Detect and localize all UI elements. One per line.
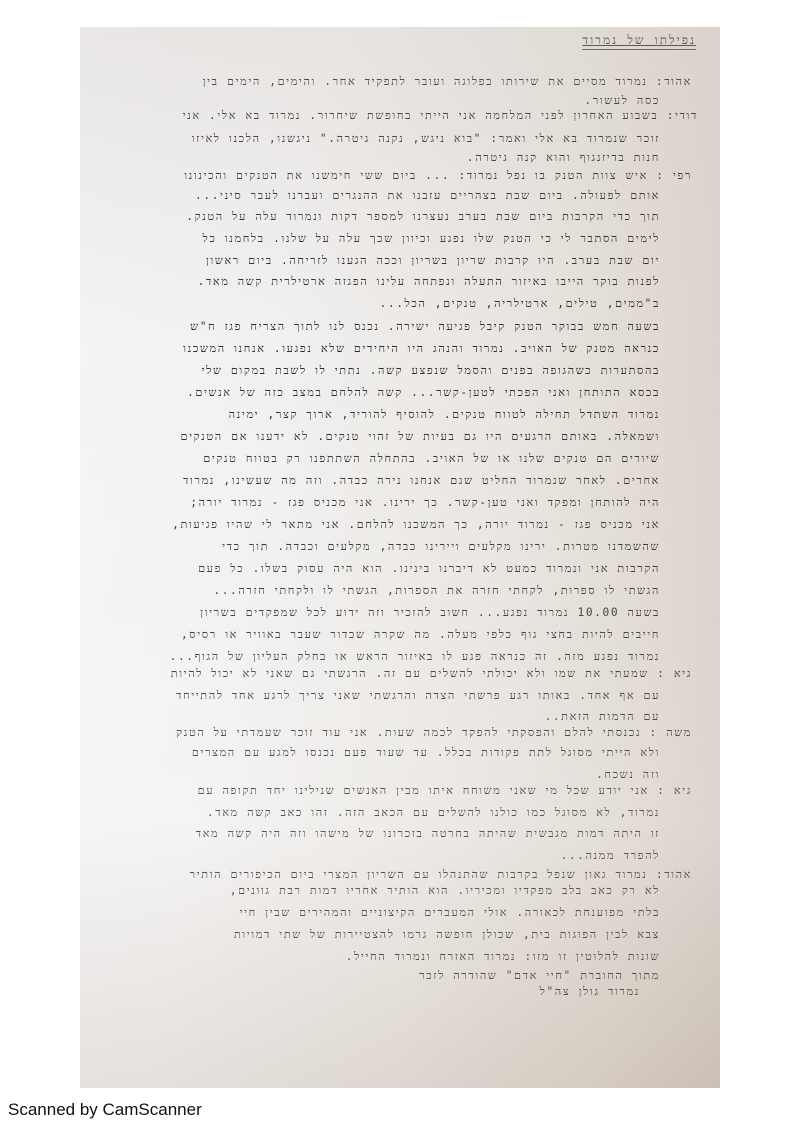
text-line: זוכר שנמרוד בא אלי ואמר: "בוא ניגש, נקנה… [192,132,660,145]
document-title: נפילתו של נמרוד [582,33,696,50]
text-line: אהוד: נמרוד גאון שנפל בקרבות שהתנהלו עם … [190,868,692,881]
scanned-page: נפילתו של נמרוד אהוד: נמרוד מסיים את שיר… [80,27,720,1088]
text-line: לימים הסתבר לי כי הטנק שלו נפגע וכיוון ש… [203,232,660,245]
text-line: גיא : שמעתי את שמו ולא יכולתי להשלים עם … [171,667,692,680]
text-line: צבא לבין הפוגות בית, שכולן חופשה גרמו לה… [234,928,660,941]
text-line: שונות להלוטין זו מזו: נמרוד האזרח ונמרוד… [346,950,660,963]
text-line: משה : נכנסתי להלם והפסקתי להפקד לכמה שעו… [176,726,692,739]
text-line: דודי: בשבוע האחרון לפני המלחמה אני הייתי… [183,109,698,122]
text-line: עם אף אחד. באותו רגע פרשתי הצדה והרגשתי … [176,689,660,702]
text-line: היה להותחן ומפקד ואני טען-קשר. כך ירינו.… [190,496,660,509]
text-line: שיורים הם טנקים שלנו או של האויב. בהתחלה… [203,452,660,465]
text-line: ושמאלה. באותם הרגעים היו גם בעיות של זהו… [180,430,660,443]
text-line: אחרים. לאחר שנמרוד החליט שגם אנחנו נירה … [183,474,660,487]
text-line: אני מכניס פגז - נמרוד יורה, כך המשכנו לה… [172,518,660,531]
text-line: יום שבת בערב. היו קרבות שריון בשריון וככ… [206,254,660,267]
text-line: כנראה מטנק של האויב. נמרוד והנהג היו היח… [183,342,660,355]
text-line: הגשתי לו ספרות, לקחתי חזרה את הספרות, הג… [213,584,660,597]
text-line: תוך כדי הקרבות ביום שבת בערב נעצרנו למספ… [186,210,660,223]
text-line: נמרוד, לא מסוגל כמו כולנו להשלים עם הכאב… [207,806,660,819]
text-line: בהסתערות כשהגופה בפנים והסמל שנפצע קשה. … [202,364,660,377]
text-line: וזה נשכח. [596,768,660,781]
text-line: לפנות בוקר הייבו באיזור התעלה ונפתחה עלי… [198,275,660,288]
text-line: רפי : איש צוות הטנק בו נפל נמרוד: ... בי… [184,169,692,182]
text-line: בשעה 10.00 נמרוד נפגע... חשוב להזכיר וזה… [200,606,660,619]
text-line: נמרוד נפגע מזה. זה כנראה פגע לו באיזור ה… [170,650,660,663]
text-line: נמרוד השתדל תחילה לטווח טנקים. להוסיף לה… [229,408,660,421]
text-line: בשעה חמש בבוקר הטנק קיבל פגיעה ישירה. נכ… [190,320,660,333]
text-line: גיא : אני יודע שכל מי שאני משוחח איתו מב… [198,784,692,797]
text-line: לא רק כאב בלב מפקדיו ומכיריו. הוא הותיר … [230,884,660,897]
text-line: חייבים להיות בחצי גוף כלפי מעלה. מה שקרה… [181,628,660,641]
text-line: אותם לפעולה. ביום שבת בצהריים עזבנו את ה… [195,189,660,202]
text-line: מתוך החוברת "חיי אדם" שהודרה לזכר [419,969,660,982]
text-line: עם הדמות הזאת.. [545,710,660,723]
text-line: ולא הייתי מסוגל לתת פקודות בכלל. עד שעוד… [192,746,660,759]
text-line: ב"ממים, טילים, ארטילריה, טנקים, הכל... [380,297,660,310]
scanner-watermark: Scanned by CamScanner [8,1100,202,1120]
text-line: זו היתה דמות מגבשית שהיתה בחרטה בזכרונו … [196,827,660,840]
text-line: נמרוד גולן צה"ל [540,985,640,998]
text-line: אהוד: נמרוד מסיים את שירותו בפלוגה ועובר… [203,75,692,88]
text-line: הקרבות אני ונמרוד כמעט לא דיברנו בינינו.… [198,562,660,575]
text-line: שהשמדנו מטרות. ירינו מקלעים ויירינו כבדה… [222,540,660,553]
text-line: כסה לעשור. [584,94,660,107]
text-line: להפרד ממנה... [561,849,660,862]
text-line: חנות בדיזנגוף והוא קנה גיטרה. [467,151,660,164]
text-line: בכסא התותחן ואני הפכתי לטען-קשר... קשה ל… [187,386,660,399]
text-line: בלתי מפוענחת לכאורה. אולי המעברים הקיצונ… [240,906,660,919]
